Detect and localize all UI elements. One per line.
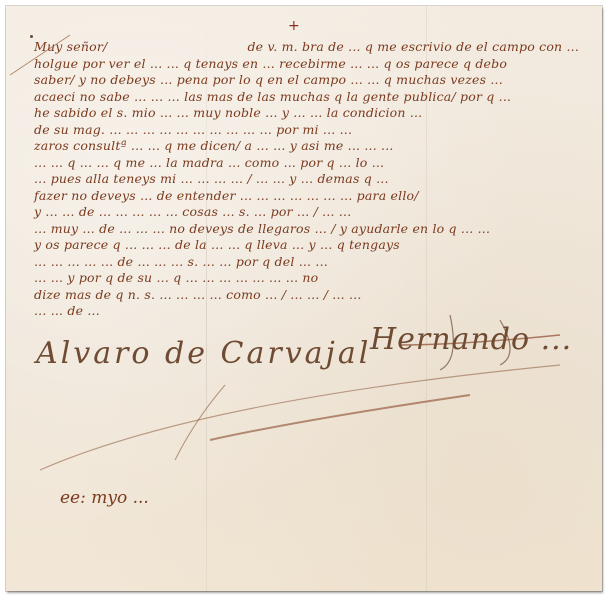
text-line: ... ... de ... [34,304,100,318]
text-line: holgue por ver el ... ... q tenays en ..… [34,57,507,71]
text-line: he sabido el s. mio ... ... muy noble ..… [34,106,422,120]
text-line: de su mag. ... ... ... ... ... ... ... .… [34,123,352,137]
text-line: ... ... ... ... ... de ... ... ... s. ..… [34,255,328,269]
text-line: Muy señor/de v. m. bra de ... q me escri… [34,40,579,54]
cross-mark: + [288,19,300,33]
text-line: fazer no deveys ... de entender ... ... … [34,189,419,203]
text-line: dize mas de q n. s. ... ... ... ... como… [34,288,362,302]
text-line: ... ... y por q de su ... q ... ... ... … [34,271,318,285]
text-line: saber/ y no debeys ... pena por lo q en … [34,73,503,87]
text-line: ... muy ... de ... ... ... no deveys de … [34,222,490,236]
text-line: ... pues alla teneys mi ... ... ... ... … [34,172,389,186]
signature-left: Alvaro de Carvajal [36,336,371,371]
text-line: acaeci no sabe ... ... ... las mas de la… [34,90,511,104]
text-line: y os parece q ... ... ... de la ... ... … [34,238,400,252]
ink-dot [30,35,33,38]
signature-right: Hernando ... [370,322,572,357]
marginal-note: ee: myo ... [60,488,149,508]
text-line: zaros consultª ... ... q me dicen/ a ...… [34,139,394,153]
text-line: y ... ... de ... ... ... ... ... cosas .… [34,205,351,219]
text-line: ... ... q ... ... q me ... la madra ... … [34,156,384,170]
